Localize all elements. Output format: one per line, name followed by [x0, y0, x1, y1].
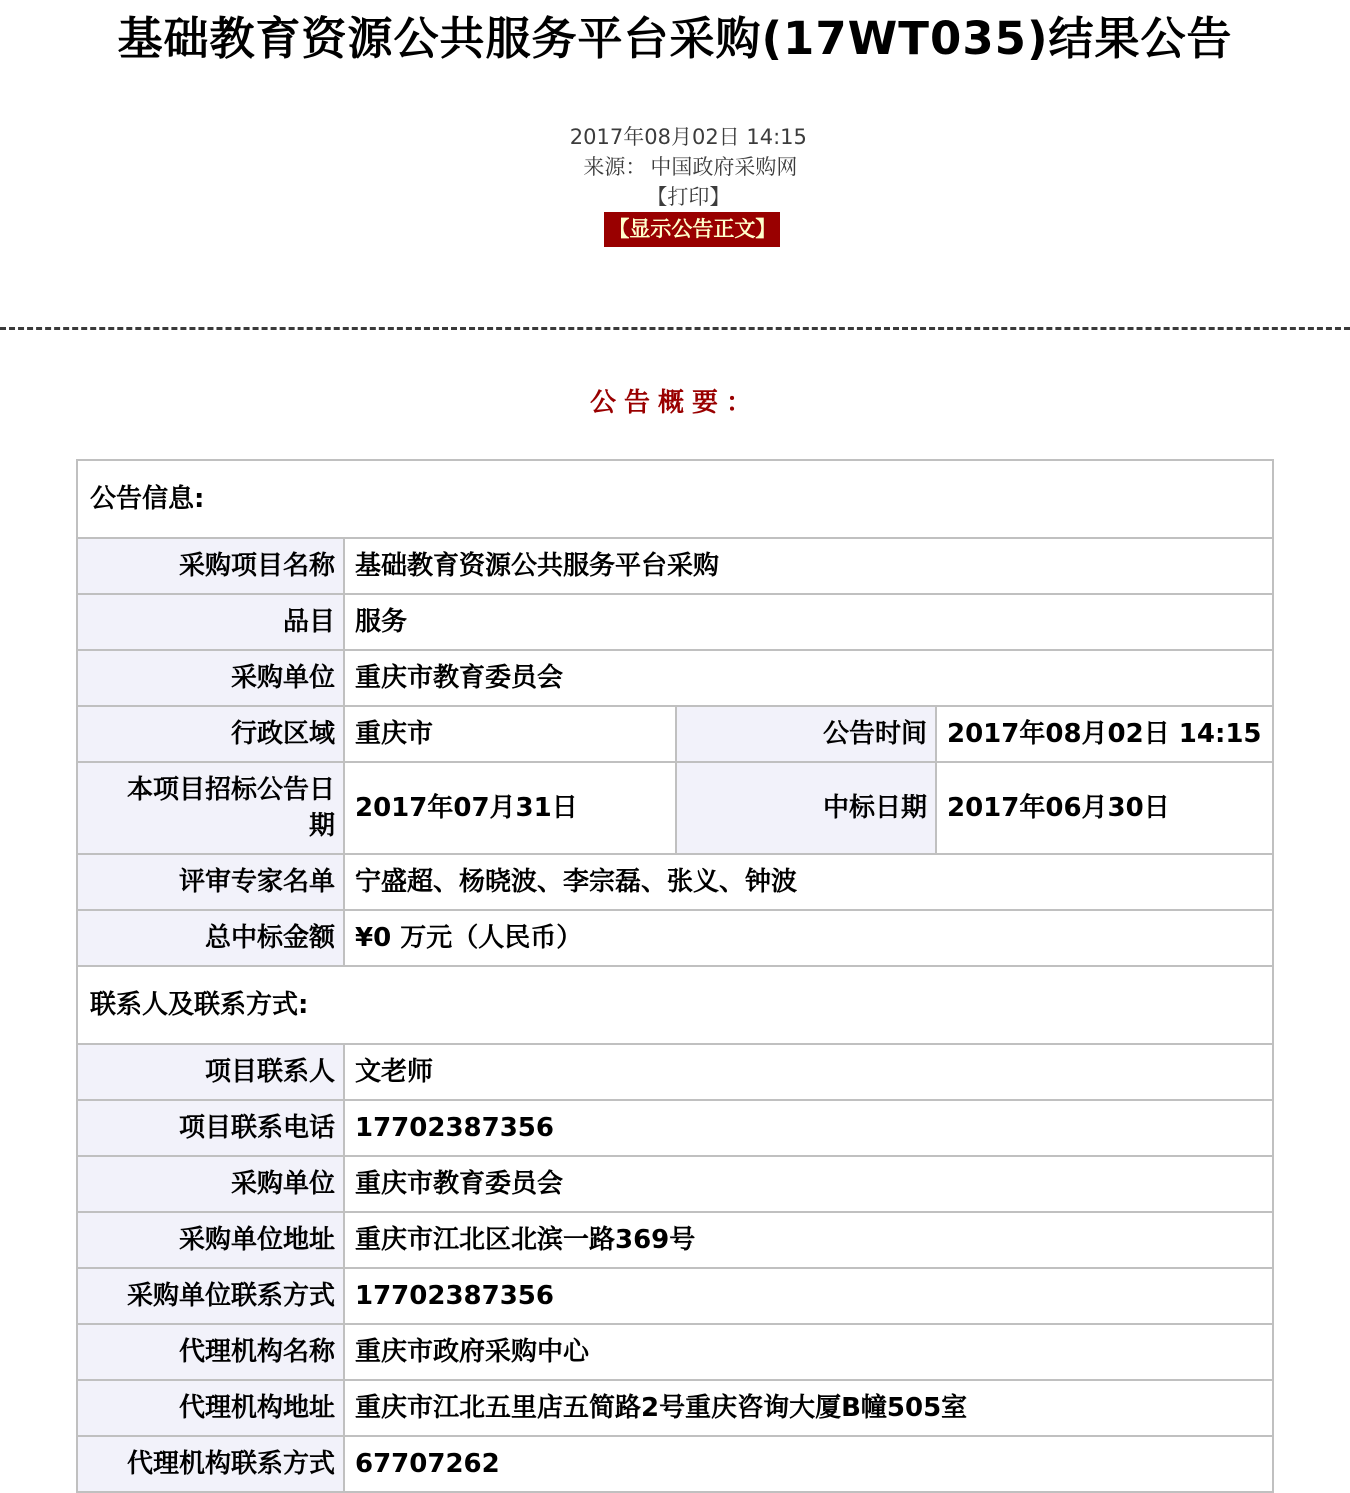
row-value: ¥0 万元（人民币）: [344, 910, 1273, 966]
announcement-summary-table: 公告信息: 采购项目名称 基础教育资源公共服务平台采购 品目 服务 采购单位 重…: [76, 459, 1274, 1493]
row-label: 采购项目名称: [77, 538, 344, 594]
row-value: 2017年08月02日 14:15: [936, 706, 1273, 762]
page-title: 基础教育资源公共服务平台采购(17WT035)结果公告: [0, 0, 1350, 66]
row-value: 2017年07月31日: [344, 762, 676, 854]
announcement-page: 基础教育资源公共服务平台采购(17WT035)结果公告 2017年08月02日 …: [0, 0, 1350, 1493]
section-row: 联系人及联系方式:: [77, 966, 1273, 1044]
table-row: 品目 服务: [77, 594, 1273, 650]
table-row: 代理机构地址 重庆市江北五里店五简路2号重庆咨询大厦B幢505室: [77, 1380, 1273, 1436]
section-row: 公告信息:: [77, 460, 1273, 538]
row-value: 2017年06月30日: [936, 762, 1273, 854]
row-label: 采购单位联系方式: [77, 1268, 344, 1324]
meta-line: 2017年08月02日 14:15 来源：中国政府采购网 【打印】 【显示公告正…: [0, 92, 1350, 277]
row-label: 代理机构联系方式: [77, 1436, 344, 1492]
table-row: 评审专家名单 宁盛超、杨晓波、李宗磊、张义、钟波: [77, 854, 1273, 910]
row-label: 采购单位地址: [77, 1212, 344, 1268]
row-label: 公告时间: [676, 706, 936, 762]
table-row: 本项目招标公告日期 2017年07月31日 中标日期 2017年06月30日: [77, 762, 1273, 854]
table-row: 采购单位 重庆市教育委员会: [77, 650, 1273, 706]
row-value: 重庆市: [344, 706, 676, 762]
row-label: 项目联系人: [77, 1044, 344, 1100]
row-label: 总中标金额: [77, 910, 344, 966]
show-announcement-body-button[interactable]: 【显示公告正文】: [604, 212, 780, 247]
row-value: 67707262: [344, 1436, 1273, 1492]
source-label: 来源：: [583, 155, 646, 179]
row-label: 采购单位: [77, 1156, 344, 1212]
print-button[interactable]: 【打印】: [646, 185, 730, 209]
section-heading: 联系人及联系方式:: [77, 966, 1273, 1044]
row-label: 品目: [77, 594, 344, 650]
section-heading: 公告信息:: [77, 460, 1273, 538]
row-label: 行政区域: [77, 706, 344, 762]
row-value: 重庆市政府采购中心: [344, 1324, 1273, 1380]
row-value: 基础教育资源公共服务平台采购: [344, 538, 1273, 594]
row-value: 17702387356: [344, 1100, 1273, 1156]
row-value: 宁盛超、杨晓波、李宗磊、张义、钟波: [344, 854, 1273, 910]
table-row: 项目联系电话 17702387356: [77, 1100, 1273, 1156]
row-label: 采购单位: [77, 650, 344, 706]
row-label: 项目联系电话: [77, 1100, 344, 1156]
row-label: 本项目招标公告日期: [77, 762, 344, 854]
row-label: 代理机构地址: [77, 1380, 344, 1436]
summary-heading: 公告概要：: [0, 382, 1350, 419]
row-value: 重庆市教育委员会: [344, 650, 1273, 706]
table-row: 采购单位 重庆市教育委员会: [77, 1156, 1273, 1212]
row-value: 文老师: [344, 1044, 1273, 1100]
table-row: 代理机构联系方式 67707262: [77, 1436, 1273, 1492]
table-row: 采购单位联系方式 17702387356: [77, 1268, 1273, 1324]
table-row: 代理机构名称 重庆市政府采购中心: [77, 1324, 1273, 1380]
table-row: 项目联系人 文老师: [77, 1044, 1273, 1100]
table-row: 采购项目名称 基础教育资源公共服务平台采购: [77, 538, 1273, 594]
row-label: 代理机构名称: [77, 1324, 344, 1380]
dashed-divider: [0, 327, 1350, 330]
row-value: 17702387356: [344, 1268, 1273, 1324]
table-row: 行政区域 重庆市 公告时间 2017年08月02日 14:15: [77, 706, 1273, 762]
table-row: 总中标金额 ¥0 万元（人民币）: [77, 910, 1273, 966]
row-label: 中标日期: [676, 762, 936, 854]
source-name: 中国政府采购网: [650, 155, 797, 179]
row-value: 重庆市江北五里店五简路2号重庆咨询大厦B幢505室: [344, 1380, 1273, 1436]
publish-datetime: 2017年08月02日 14:15: [570, 125, 807, 149]
row-value: 重庆市教育委员会: [344, 1156, 1273, 1212]
table-row: 采购单位地址 重庆市江北区北滨一路369号: [77, 1212, 1273, 1268]
row-value: 重庆市江北区北滨一路369号: [344, 1212, 1273, 1268]
row-label: 评审专家名单: [77, 854, 344, 910]
row-value: 服务: [344, 594, 1273, 650]
